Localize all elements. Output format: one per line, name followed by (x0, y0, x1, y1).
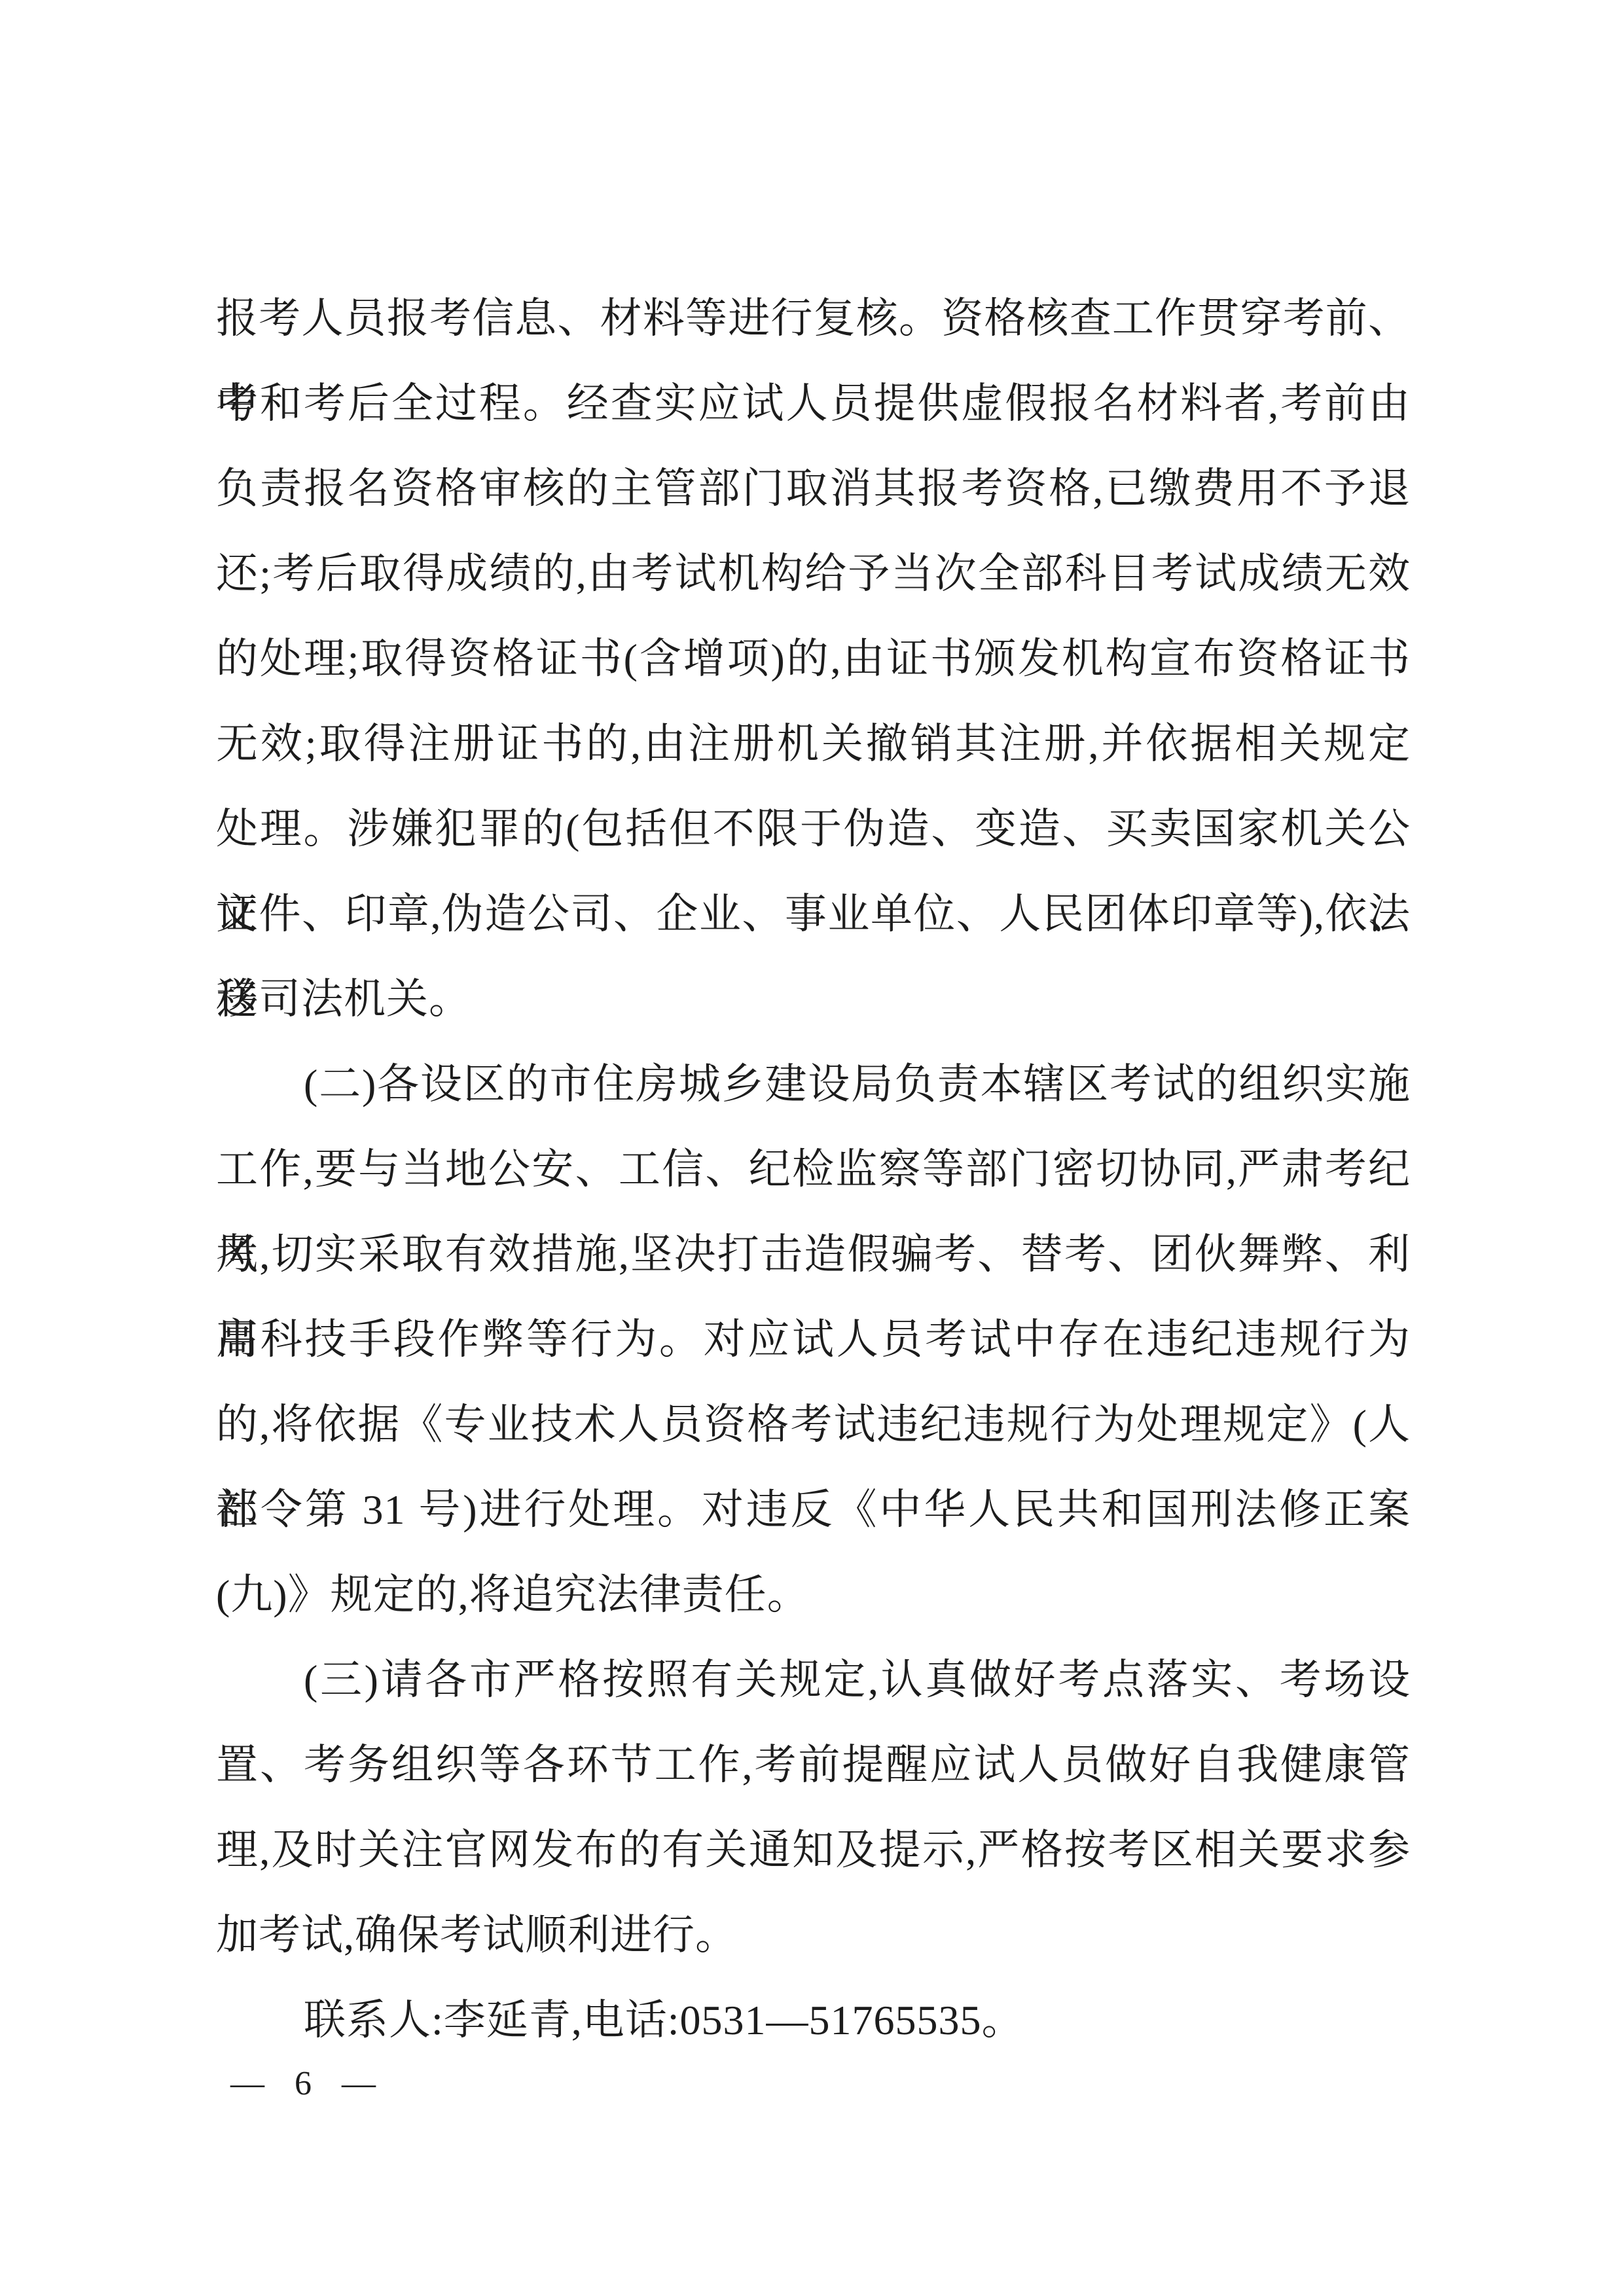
text-line: 负责报名资格审核的主管部门取消其报考资格,已缴费用不予退 (216, 446, 1411, 531)
text-line: 送司法机关。 (216, 957, 1411, 1042)
text-line: 报考人员报考信息、材料等进行复核。资格核查工作贯穿考前、考 (216, 276, 1411, 361)
text-line: 理,及时关注官网发布的有关通知及提示,严格按考区相关要求参 (216, 1808, 1411, 1893)
text-line: 加考试,确保考试顺利进行。 (216, 1893, 1411, 1978)
page-footer: — 6 — (230, 2058, 376, 2110)
text-line: (九)》规定的,将追究法律责任。 (216, 1552, 1411, 1638)
text-line: 无效;取得注册证书的,由注册机关撤销其注册,并依据相关规定 (216, 702, 1411, 787)
paragraph-start-line: (二)各设区的市住房城乡建设局负责本辖区考试的组织实施 (216, 1042, 1411, 1127)
page-number: 6 (295, 2058, 312, 2110)
text-line: 的,将依据《专业技术人员资格考试违纪违规行为处理规定》(人社 (216, 1382, 1411, 1467)
text-line: 处理。涉嫌犯罪的(包括但不限于伪造、变造、买卖国家机关公文、 (216, 787, 1411, 872)
text-line: 高科技手段作弊等行为。对应试人员考试中存在违纪违规行为 (216, 1297, 1411, 1382)
document-body: 报考人员报考信息、材料等进行复核。资格核查工作贯穿考前、考 中和考后全过程。经查… (216, 276, 1411, 2063)
text-line: 证件、印章,伪造公司、企业、事业单位、人民团体印章等),依法移 (216, 872, 1411, 957)
footer-right-dash: — (342, 2058, 376, 2110)
text-line: 置、考务组织等各环节工作,考前提醒应试人员做好自我健康管 (216, 1723, 1411, 1808)
text-line: 部令第 31 号)进行处理。对违反《中华人民共和国刑法修正案 (216, 1467, 1411, 1552)
text-line: 风,切实采取有效措施,坚决打击造假骗考、替考、团伙舞弊、利用 (216, 1212, 1411, 1297)
text-line: 中和考后全过程。经查实应试人员提供虚假报名材料者,考前由 (216, 361, 1411, 446)
text-line: 工作,要与当地公安、工信、纪检监察等部门密切协同,严肃考纪考 (216, 1127, 1411, 1212)
text-line: 的处理;取得资格证书(含增项)的,由证书颁发机构宣布资格证书 (216, 617, 1411, 702)
text-line: 还;考后取得成绩的,由考试机构给予当次全部科目考试成绩无效 (216, 531, 1411, 617)
contact-line: 联系人:李延青,电话:0531—51765535。 (216, 1978, 1411, 2063)
document-page: 报考人员报考信息、材料等进行复核。资格核查工作贯穿考前、考 中和考后全过程。经查… (0, 0, 1624, 2296)
footer-left-dash: — (230, 2058, 264, 2110)
paragraph-start-line: (三)请各市严格按照有关规定,认真做好考点落实、考场设 (216, 1638, 1411, 1723)
